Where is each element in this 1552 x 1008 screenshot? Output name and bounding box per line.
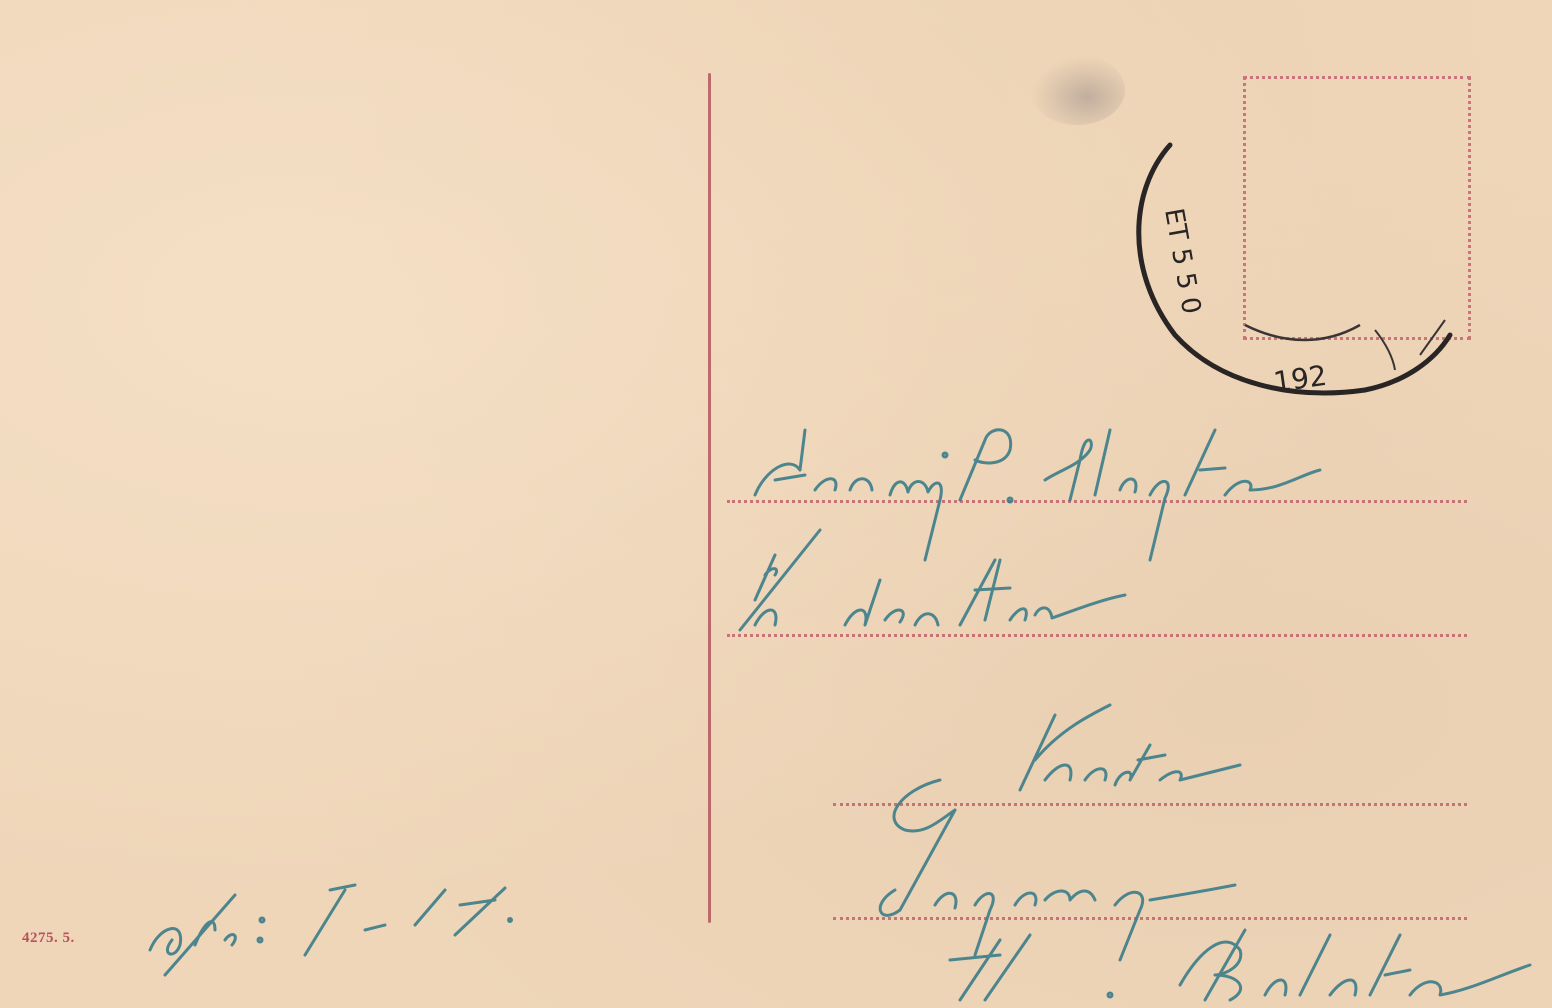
handwriting-strokes [0, 0, 1552, 1008]
postcard: stamp area (empty) ET 5 5 0 192 4275. 5. [0, 0, 1552, 1008]
